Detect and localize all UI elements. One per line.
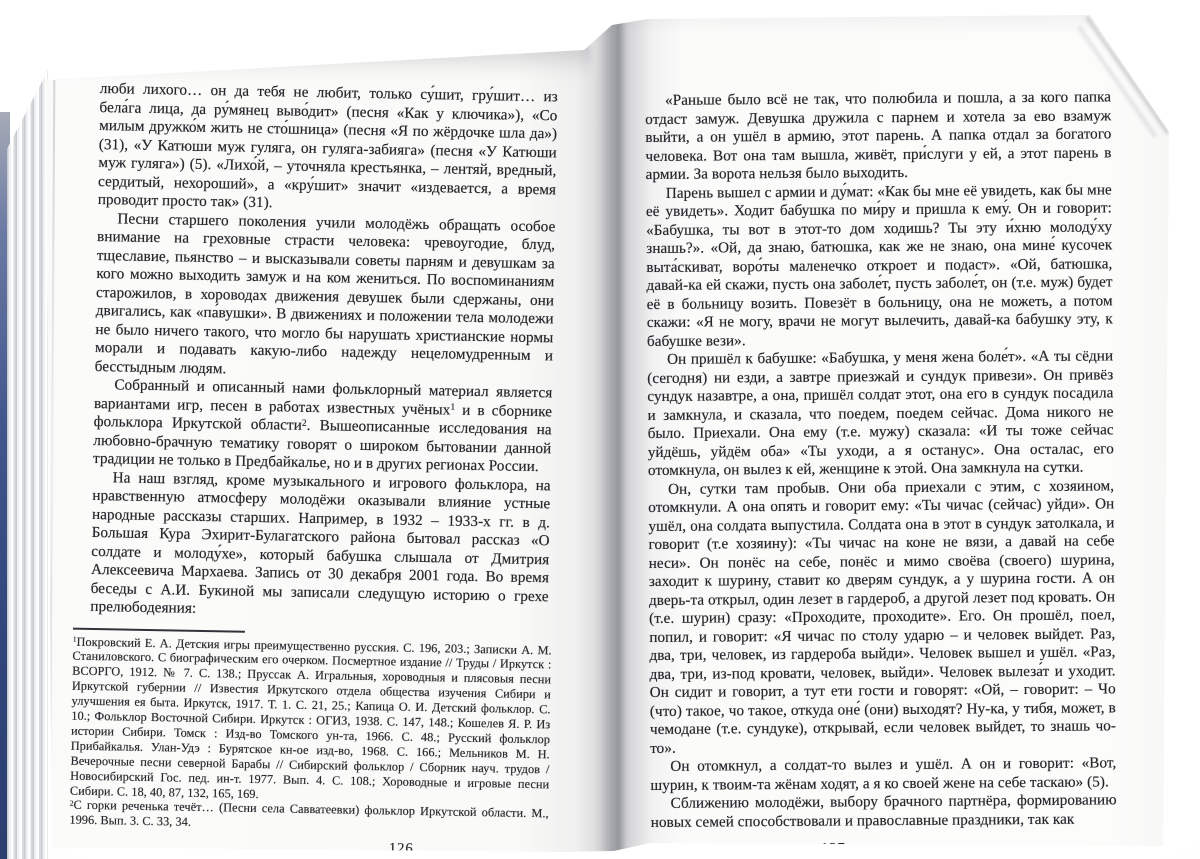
left-page-edge — [49, 80, 56, 846]
book-gutter — [578, 14, 656, 852]
page-number-left: 126 — [389, 840, 544, 859]
footnote-1-mark: 1 — [73, 635, 77, 644]
page-stack-edges — [7, 70, 48, 859]
paragraph: Он, сутки там пробыв. Они оба приехали с… — [648, 477, 1116, 758]
open-book: люби лихого… он да тебя не любит, только… — [0, 0, 1200, 859]
footnotes: 1Покровский Е. А. Детския игры преимущес… — [69, 634, 551, 837]
footnote-1: 1Покровский Е. А. Детския игры преимущес… — [70, 634, 552, 807]
footnote-ref-1: 1 — [450, 403, 455, 413]
book-photo: люби лихого… он да тебя не любит, только… — [0, 0, 1200, 859]
page-number-right: 127 — [821, 837, 1117, 858]
paragraph: Песни старшего поколения учили молодёжь … — [95, 209, 556, 384]
footnote-1-text: Покровский Е. А. Детския игры преимущест… — [70, 634, 552, 800]
top-edge-shadow — [46, 46, 591, 82]
footnote-ref-2: 2 — [302, 419, 307, 429]
paragraph: Собранный и описанный нами фольклорный м… — [93, 376, 553, 477]
footnote-separator — [73, 627, 245, 632]
paragraph: Парень вышел с армии и ду́мат: «Как бы м… — [646, 181, 1113, 351]
paragraph: Сближению молодёжи, выбору брачного парт… — [651, 791, 1117, 832]
footnote-2-mark: 2 — [70, 799, 74, 808]
paragraph: «Раньше было всё не так, что полюбила и … — [645, 88, 1112, 184]
paragraph: Он пришёл к бабушке: «Бабушка, у меня же… — [647, 347, 1114, 480]
paragraph: На наш взгляд, кроме музыкального и игро… — [90, 468, 551, 624]
left-page: люби лихого… он да тебя не любит, только… — [86, 80, 558, 859]
right-page: «Раньше было всё не так, что полюбила и … — [645, 88, 1117, 859]
paragraph: Он отомкнул, а солдат-то вылез и ушёл. А… — [650, 754, 1116, 795]
paragraph: люби лихого… он да тебя не любит, только… — [98, 80, 558, 218]
